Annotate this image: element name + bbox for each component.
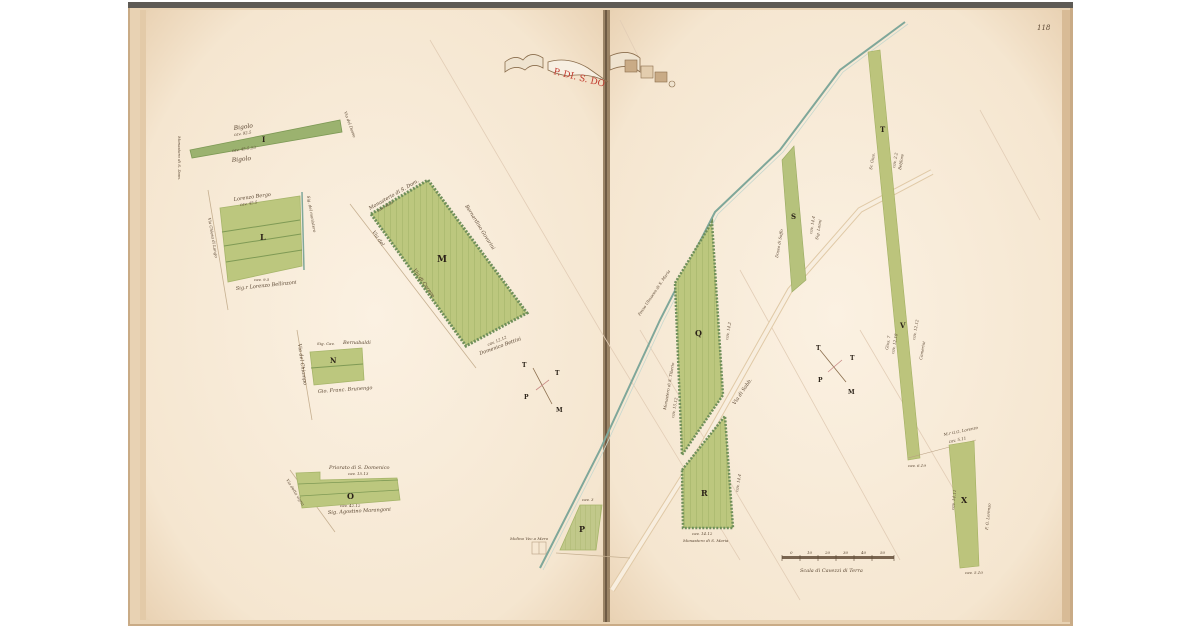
- parcel-r-letter: R: [701, 488, 708, 498]
- parcel-q-letter: Q: [695, 328, 702, 338]
- scale-tick-20: 20: [824, 550, 831, 555]
- scale-tick-30: 30: [843, 550, 849, 555]
- parcel-v-measure-bottom: cav. 6.19: [908, 463, 926, 468]
- book-binding: [603, 10, 610, 622]
- parcel-x-letter: X: [961, 495, 968, 505]
- parcel-r-measure-bottom: cav. 14.12: [692, 531, 713, 536]
- parcel-o-measure-bottom: cav. 42.12: [340, 503, 361, 508]
- parcel-p-letter: P: [579, 524, 585, 534]
- parcel-p-measure: cav. 3: [582, 497, 594, 502]
- scale-caption: Scala di Cavezzi di Terra: [800, 568, 863, 574]
- compass-left-letter-top: T: [522, 362, 527, 369]
- parcel-n-label-top-left: Sig. Cav.: [317, 341, 335, 346]
- scale-tick-40: 40: [860, 550, 867, 555]
- parcel-s-letter: S: [791, 212, 796, 221]
- compass-right-letter-top: T: [816, 345, 821, 352]
- parcel-o-measure-top: cav. 15.13: [348, 471, 369, 476]
- parcel-n-letter: N: [330, 356, 337, 365]
- parcel-i-side-left: Monastero di S. Dom.: [177, 135, 182, 180]
- parcel-x-measure-bottom: cav. 5.10: [965, 570, 983, 575]
- parcel-m-letter: M: [437, 255, 447, 265]
- map-spread: P. DI. S. DO 118 I Bigolo cav. 92.5 cav.…: [0, 0, 1200, 628]
- parcel-n-label-top-right: Bernabaldi: [342, 340, 371, 346]
- compass-right-letter-bottom: M: [848, 389, 855, 396]
- scale-tick-50: 50: [880, 550, 886, 555]
- compass-left-letter-left: P: [524, 394, 529, 401]
- compass-left-letter-right: T: [555, 370, 560, 377]
- compass-left-letter-bottom: M: [556, 407, 563, 414]
- parcel-l-letter: L: [260, 232, 266, 242]
- parcel-t-letter: T: [880, 125, 886, 134]
- parcel-o-letter: O: [347, 491, 354, 501]
- parcel-v-letter: V: [899, 321, 906, 330]
- compass-right-letter-right: T: [850, 355, 855, 362]
- page-number: 118: [1037, 24, 1051, 32]
- parcel-i-letter: I: [262, 135, 265, 144]
- left-page: [140, 10, 604, 620]
- parcel-l-measure-bottom: cav. 9.5: [254, 277, 270, 282]
- parcel-r-owner: Monastero di S. Maria: [682, 538, 729, 543]
- scale-tick-10: 10: [807, 550, 813, 555]
- compass-right-letter-left: P: [818, 377, 823, 384]
- mill-label: Molino Vec.o Mero: [509, 536, 549, 541]
